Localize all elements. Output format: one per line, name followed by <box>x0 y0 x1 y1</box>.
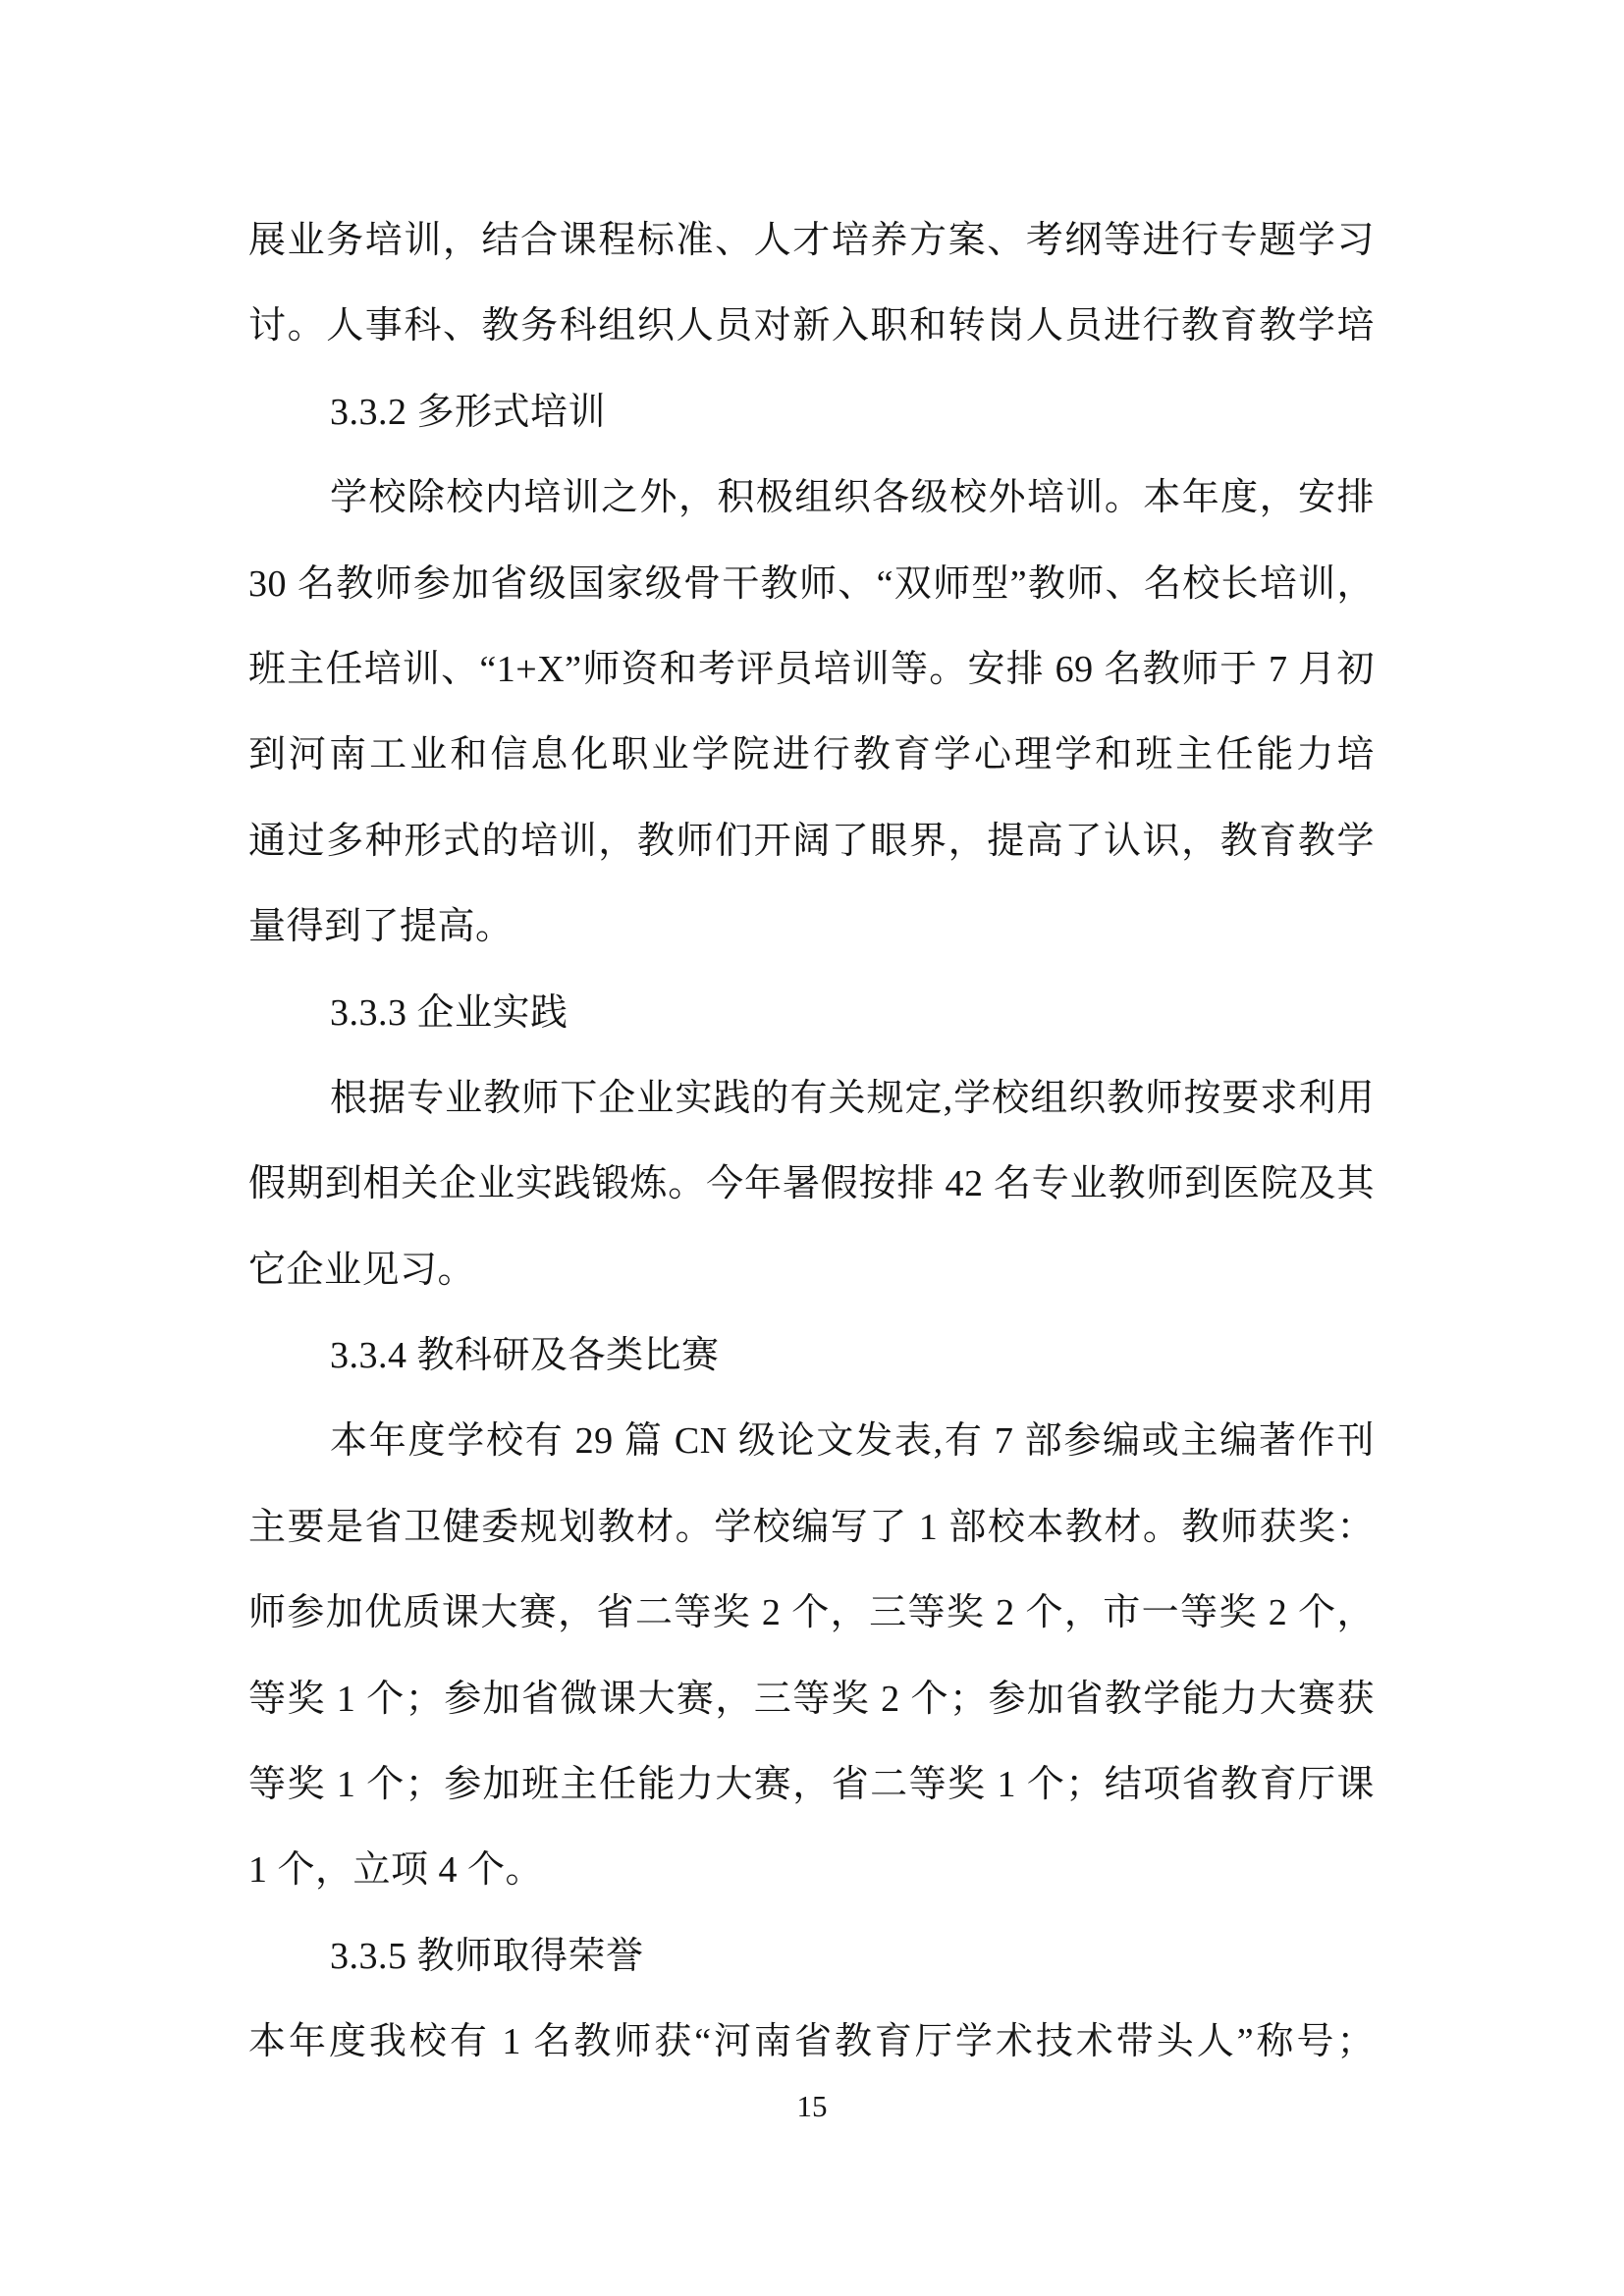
document-line: 讨。人事科、教务科组织人员对新入职和转岗人员进行教育教学培训。 <box>248 284 1375 369</box>
document-line: 到河南工业和信息化职业学院进行教育学心理学和班主任能力培训。 <box>248 713 1375 798</box>
document-line: 30 名教师参加省级国家级骨干教师、“双师型”教师、名校长培训， <box>248 542 1375 627</box>
page-number: 15 <box>797 2089 828 2123</box>
document-line: 主要是省卫健委规划教材。学校编写了 1 部校本教材。教师获奖：教 <box>248 1485 1375 1571</box>
document-line: 根据专业教师下企业实践的有关规定,学校组织教师按要求利用 <box>248 1056 1375 1142</box>
document-line: 1 个，立项 4 个。 <box>248 1828 1375 1913</box>
page-footer: 15 <box>0 2089 1624 2124</box>
document-line: 师参加优质课大赛，省二等奖 2 个，三等奖 2 个，市一等奖 2 个，二 <box>248 1571 1375 1656</box>
document-line: 等奖 1 个；参加省微课大赛，三等奖 2 个；参加省教学能力大赛获二 <box>248 1657 1375 1742</box>
document-line: 3.3.5 教师取得荣誉 <box>248 1914 1375 2000</box>
document-line: 通过多种形式的培训，教师们开阔了眼界，提高了认识，教育教学质 <box>248 799 1375 884</box>
document-line: 假期到相关企业实践锻炼。今年暑假按排 42 名专业教师到医院及其 <box>248 1142 1375 1227</box>
document-line: 3.3.2 多形式培训 <box>248 370 1375 455</box>
document-line: 它企业见习。 <box>248 1228 1375 1313</box>
document-line: 3.3.4 教科研及各类比赛 <box>248 1313 1375 1399</box>
document-page: 展业务培训，结合课程标准、人才培养方案、考纲等进行专题学习研讨。人事科、教务科组… <box>0 0 1624 2296</box>
document-line: 3.3.3 企业实践 <box>248 971 1375 1056</box>
document-line: 本年度学校有 29 篇 CN 级论文发表,有 7 部参编或主编著作刊印， <box>248 1399 1375 1484</box>
document-line: 本年度我校有 1 名教师获“河南省教育厅学术技术带头人”称号； <box>248 2000 1375 2085</box>
document-line: 班主任培训、“1+X”师资和考评员培训等。安排 69 名教师于 7 月初 <box>248 627 1375 713</box>
document-line: 量得到了提高。 <box>248 884 1375 970</box>
document-line: 等奖 1 个；参加班主任能力大赛，省二等奖 1 个；结项省教育厅课题 <box>248 1742 1375 1828</box>
text-block: 展业务培训，结合课程标准、人才培养方案、考纲等进行专题学习研讨。人事科、教务科组… <box>248 198 1375 2086</box>
document-line: 展业务培训，结合课程标准、人才培养方案、考纲等进行专题学习研 <box>248 198 1375 284</box>
document-line: 学校除校内培训之外，积极组织各级校外培训。本年度，安排 <box>248 455 1375 541</box>
